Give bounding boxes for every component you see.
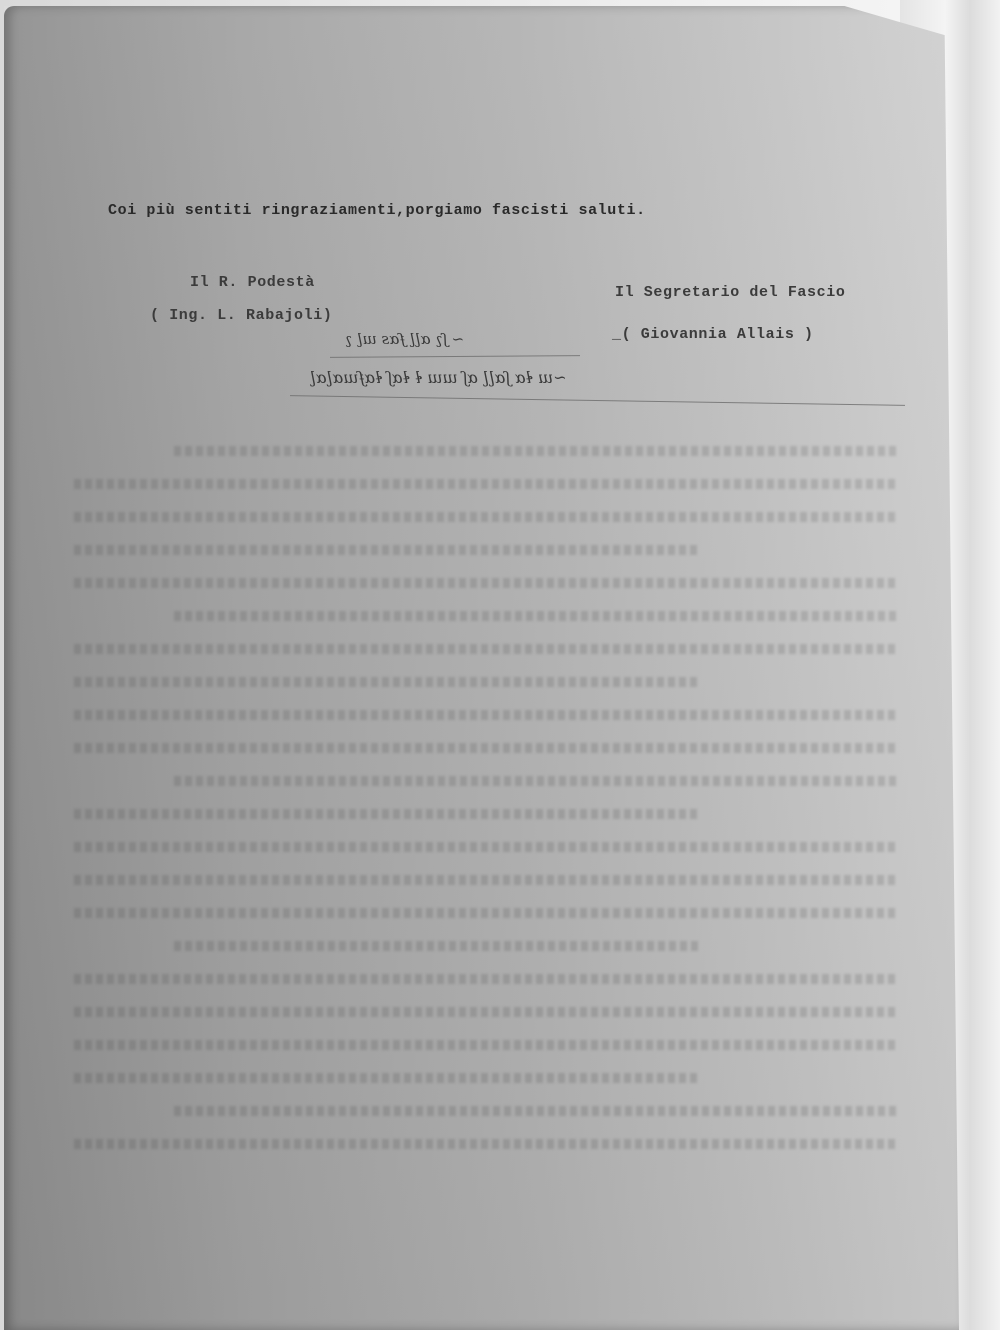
bleed-through-line xyxy=(174,446,899,456)
bleed-through-line xyxy=(174,1106,899,1116)
handwriting-line: ~ ʃʅ ɑɭɭ ʄɑs ɯɭ ʅ xyxy=(345,330,464,348)
signatory-name: ( Ing. L. Rabajoli) xyxy=(150,307,332,324)
bleed-through-line xyxy=(174,611,899,621)
bleed-through-line xyxy=(74,1139,899,1149)
bleed-through-line xyxy=(74,974,899,984)
bleed-through-line xyxy=(74,743,899,753)
bleed-through-line xyxy=(74,1073,699,1083)
closing-line: Coi più sentiti ringraziamenti,porgiamo … xyxy=(108,202,646,219)
bleed-through-line xyxy=(74,479,899,489)
bleed-through-line xyxy=(74,842,899,852)
bleed-through-line xyxy=(74,512,899,522)
signatory-title: Il Segretario del Fascio xyxy=(615,284,845,301)
signatory-title: Il R. Podestà xyxy=(190,274,315,291)
bleed-through-line xyxy=(174,776,899,786)
handwriting-line: ~ɯ ɬɑ ʃɑɭɭ ɑʃ ɯɯ ɬ ɬɑʃ ɬɑʄɯɑɭɑɭ xyxy=(310,368,567,387)
bleed-through-line xyxy=(74,710,899,720)
bleed-through-line xyxy=(74,908,899,918)
bleed-through-line xyxy=(74,875,899,885)
bleed-through-line xyxy=(74,1040,899,1050)
bleed-through-line xyxy=(74,578,899,588)
signatory-name: _( Giovannia Allais ) xyxy=(612,326,814,343)
bleed-through-line xyxy=(74,809,699,819)
bleed-through-line xyxy=(74,545,699,555)
bleed-through-line xyxy=(74,644,899,654)
bleed-through-line xyxy=(174,941,699,951)
bleed-through-line xyxy=(74,677,699,687)
bleed-through-line xyxy=(74,1007,899,1017)
